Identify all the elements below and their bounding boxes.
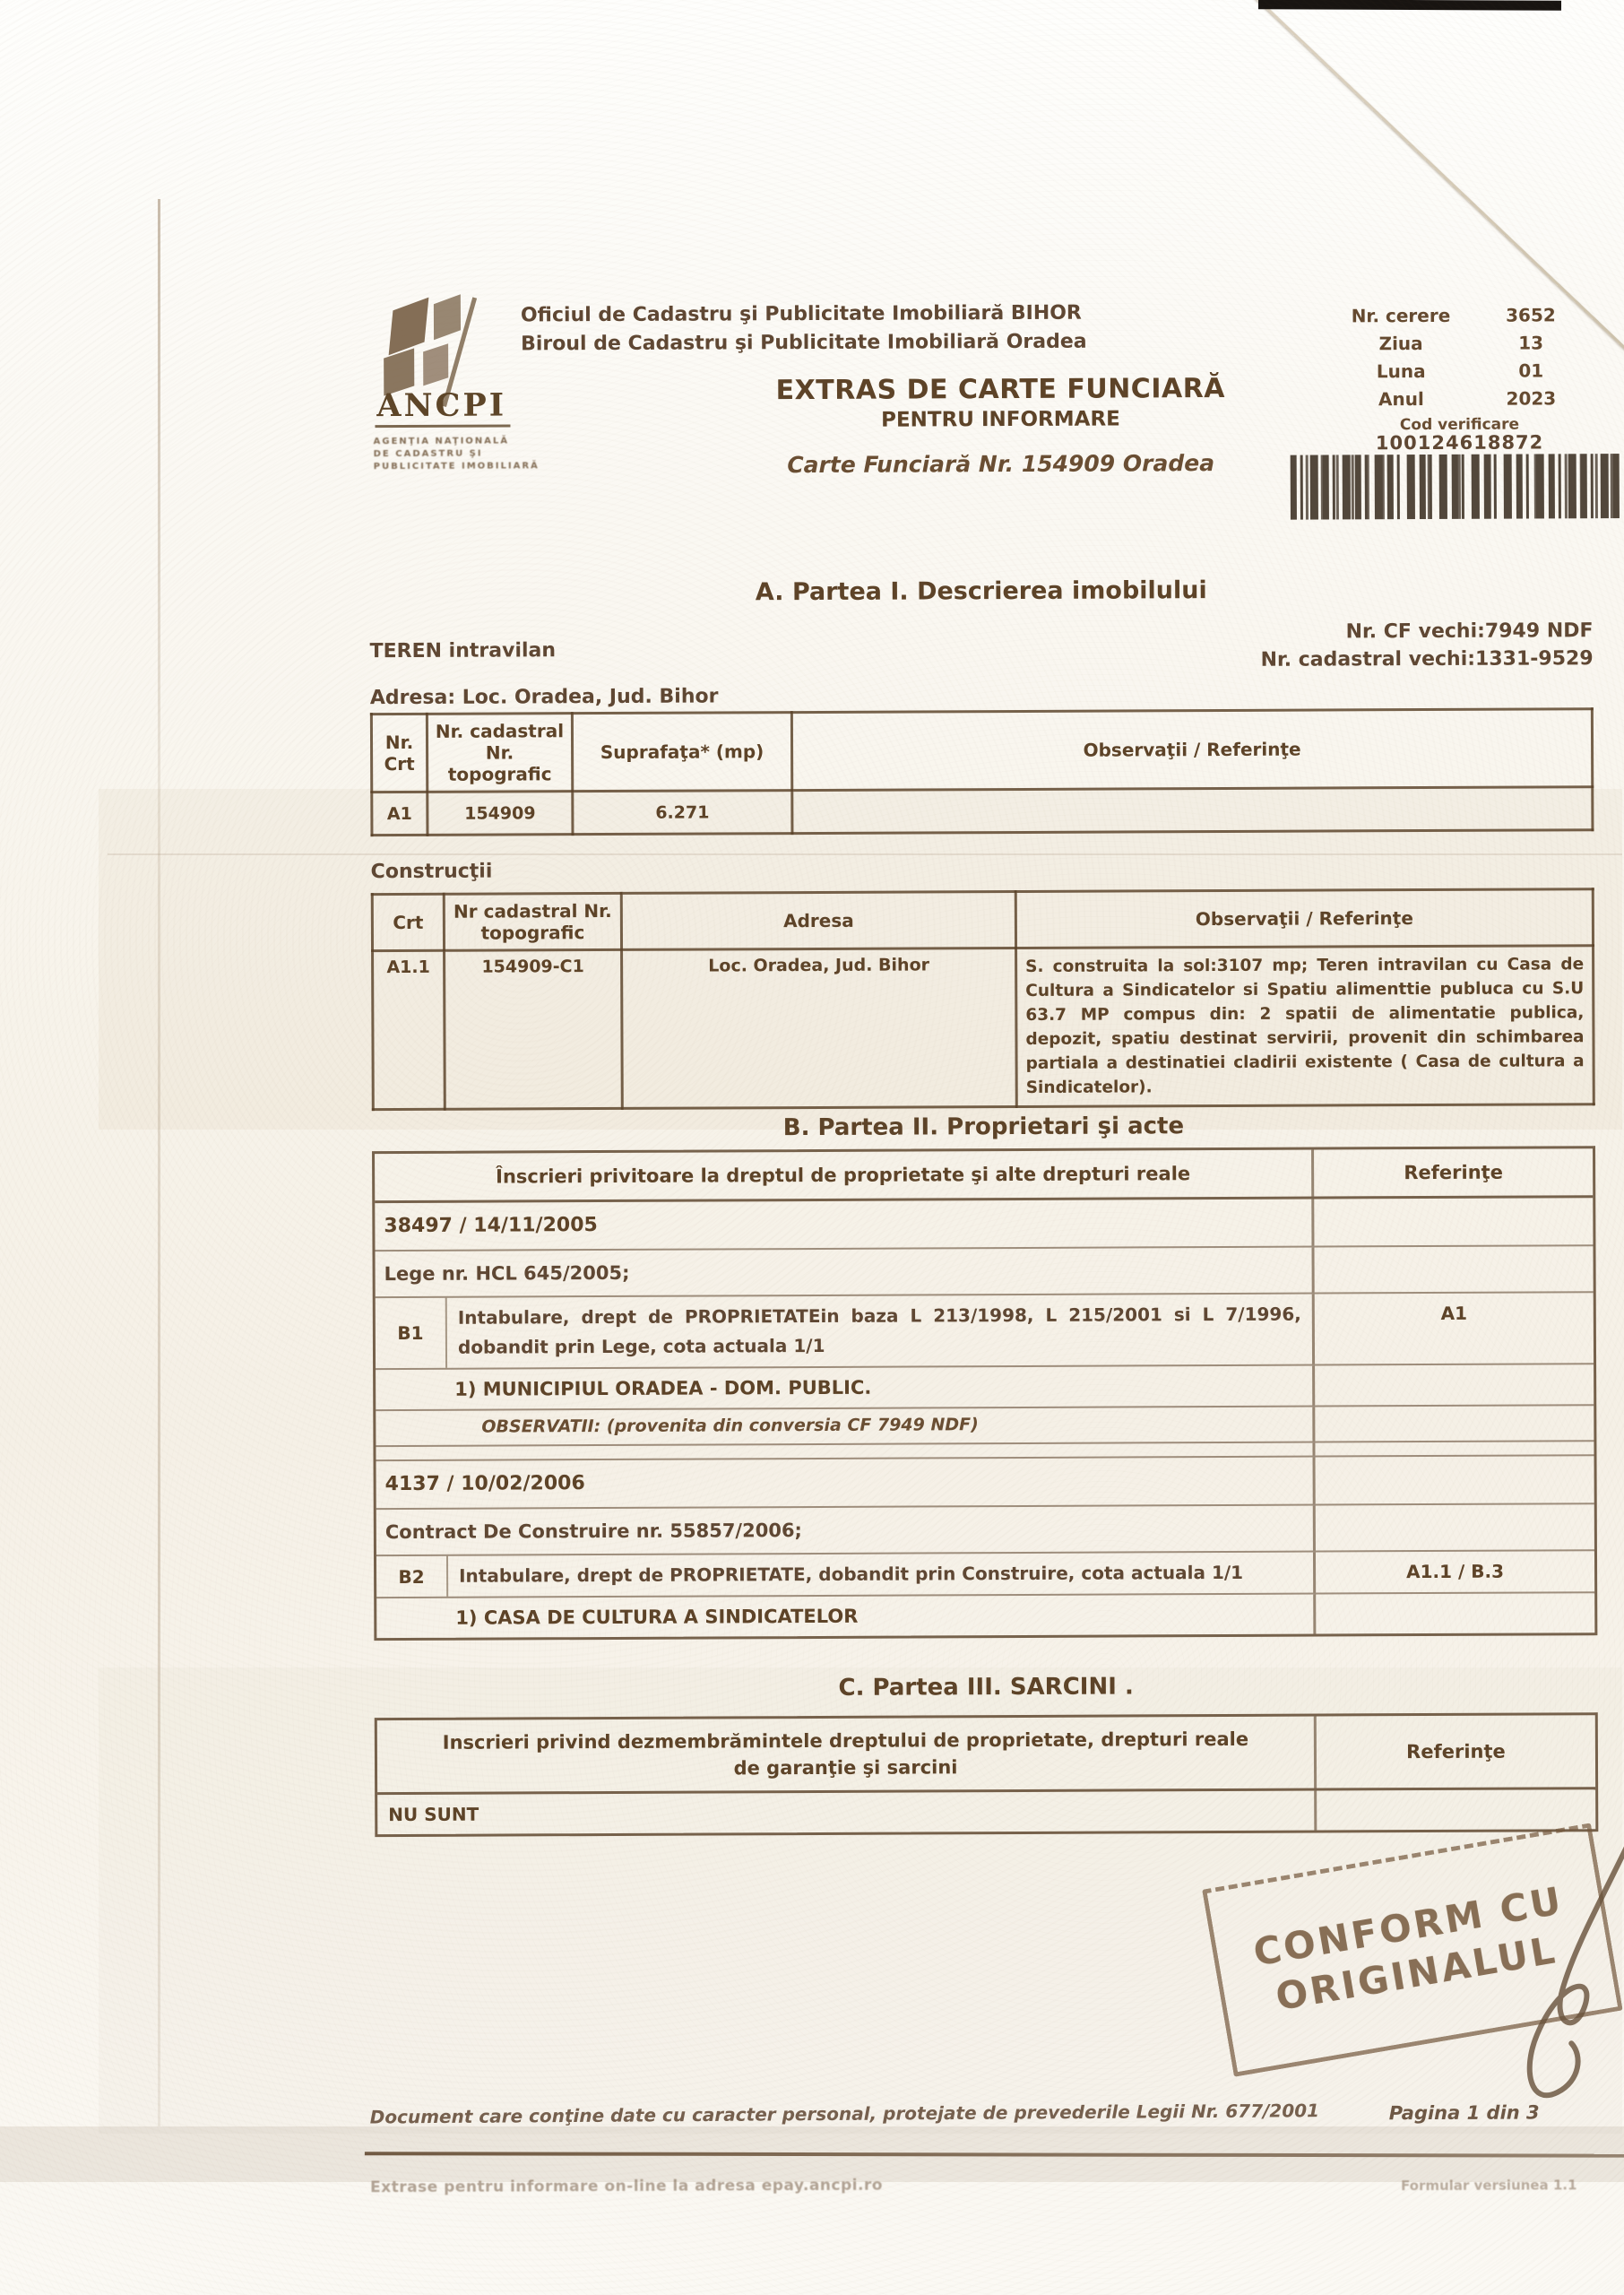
entry-number-row: 4137 / 10/02/2006	[376, 1456, 1594, 1510]
entry-number: 38497 / 14/11/2005	[375, 1199, 1314, 1251]
entry-text: Intabulare, drept de PROPRIETATE, doband…	[446, 1553, 1313, 1597]
document-title: EXTRAS DE CARTE FUNCIARĂ	[642, 372, 1359, 406]
logo-subtext-line: PUBLICITATE IMOBILIARĂ	[374, 460, 553, 473]
col-header-adresa: Adresa	[621, 892, 1015, 950]
constructii-label: Construcţii	[371, 861, 493, 884]
entry-act-row: Contract De Construire nr. 55857/2006;	[376, 1504, 1594, 1556]
sarcini-header-row: Inscrieri privind dezmembrămintele drept…	[377, 1715, 1595, 1795]
empty-ref-cell	[1315, 1364, 1594, 1405]
logo-subtext-line: DE CADASTRU ŞI	[374, 447, 553, 461]
cell-crt: A1.1	[373, 950, 445, 1109]
old-cf-block: Nr. CF vechi:7949 NDF Nr. cadastral vech…	[894, 617, 1593, 675]
scanned-document-page: ANCPI AGENŢIA NAŢIONALĂ DE CADASTRU ŞI P…	[0, 0, 1624, 2295]
constructii-header-row: Crt Nr cadastral Nr. topografic Adresa O…	[372, 889, 1593, 951]
office-line1: Oficiul de Cadastru şi Publicitate Imobi…	[521, 299, 1087, 331]
logo-subtext: AGENŢIA NAŢIONALĂ DE CADASTRU ŞI PUBLICI…	[374, 435, 553, 473]
entry-act: Contract De Construire nr. 55857/2006;	[376, 1506, 1316, 1555]
document-subtitle: PENTRU INFORMARE	[642, 406, 1359, 432]
sarcini-value-row: NU SUNT	[377, 1789, 1595, 1834]
empty-ref-cell	[1314, 1246, 1593, 1292]
col-header-nr-crt: Nr. Crt	[371, 714, 427, 792]
cell-observatii	[792, 787, 1593, 834]
request-value: 01	[1477, 357, 1585, 385]
table-row: A1.1 154909-C1 Loc. Oradea, Jud. Bihor S…	[373, 946, 1594, 1110]
constructii-table: Crt Nr cadastral Nr. topografic Adresa O…	[371, 888, 1595, 1111]
request-label: Anul	[1325, 385, 1477, 414]
empty-ref-cell	[1316, 1593, 1594, 1633]
entry-position: B2	[376, 1556, 446, 1597]
old-cf-number: Nr. CF vechi:7949 NDF	[894, 617, 1593, 647]
logo-diamond	[389, 298, 429, 356]
old-cadastral-number: Nr. cadastral vechi:1331-9529	[894, 645, 1594, 675]
land-table-header-row: Nr. Crt Nr. cadastral Nr. topografic Sup…	[371, 709, 1592, 792]
entry-owner-row: 1) CASA DE CULTURA A SINDICATELOR	[376, 1593, 1594, 1638]
request-info-box: Nr. cerere 3652 Ziua 13 Luna 01 Anul 202…	[1325, 301, 1594, 519]
logo-subtext-line: AGENŢIA NAŢIONALĂ	[374, 435, 553, 448]
privacy-notice: Document care conţine date cu caracter p…	[370, 2100, 1320, 2127]
request-row: Luna 01	[1325, 357, 1594, 385]
col-header-suprafata: Suprafaţa* (mp)	[572, 713, 791, 792]
cell-suprafata: 6.271	[573, 791, 792, 835]
request-row: Ziua 13	[1325, 329, 1594, 358]
request-label: Ziua	[1325, 330, 1477, 359]
request-value: 3652	[1477, 301, 1585, 330]
scanner-edge-artifact	[1258, 0, 1561, 11]
property-address: Adresa: Loc. Oradea, Jud. Bihor	[370, 685, 719, 709]
logo-diamond	[423, 343, 448, 385]
owners-table: Înscrieri privitoare la dreptul de propr…	[372, 1146, 1597, 1641]
owners-header-row: Înscrieri privitoare la dreptul de propr…	[375, 1148, 1593, 1203]
request-row: Anul 2023	[1325, 385, 1594, 413]
col-header-cadastral: Nr. cadastral Nr. topografic	[427, 714, 572, 792]
online-extract-note: Extrase pentru informare on-line la adre…	[370, 2177, 883, 2196]
verification-code-value: 100124618872	[1326, 431, 1594, 454]
table-row: A1 154909 6.271	[372, 787, 1593, 836]
logo-diamond	[434, 294, 461, 340]
issuing-office: Oficiul de Cadastru şi Publicitate Imobi…	[521, 299, 1087, 359]
col-header-observatii: Observaţii / Referinţe	[1015, 889, 1593, 948]
part-a-title: A. Partea I. Descrierea imobilului	[369, 575, 1593, 608]
empty-ref-cell	[1316, 1504, 1594, 1550]
entry-observations-row: OBSERVATII: (provenita din conversia CF …	[376, 1406, 1594, 1447]
cell-cadastral: 154909	[428, 792, 573, 836]
entry-inscription-row: B1 Intabulare, drept de PROPRIETATEin ba…	[376, 1293, 1594, 1370]
sarcini-value: NU SUNT	[377, 1791, 1317, 1835]
col-header-referinte: Referinţe	[1314, 1148, 1593, 1196]
footer-divider	[365, 2152, 1624, 2157]
sarcini-table: Inscrieri privind dezmembrămintele drept…	[375, 1712, 1599, 1837]
col-header-inscrieri: Înscrieri privitoare la dreptul de propr…	[375, 1150, 1314, 1201]
request-row: Nr. cerere 3652	[1325, 301, 1594, 330]
entry-act-row: Lege nr. HCL 645/2005;	[376, 1246, 1594, 1298]
form-version: Formular versiunea 1.1	[1401, 2177, 1576, 2194]
land-type: TEREN intravilan	[370, 639, 557, 663]
request-value: 2023	[1477, 385, 1585, 413]
cell-observatii: S. construita la sol:3107 mp; Teren intr…	[1016, 946, 1594, 1107]
col-header-observatii: Observaţii / Referinţe	[791, 709, 1592, 791]
entry-inscription-row: B2 Intabulare, drept de PROPRIETATE, dob…	[376, 1551, 1594, 1598]
part-c-title: C. Partea III. SARCINI .	[375, 1671, 1598, 1703]
entry-owner: 1) CASA DE CULTURA A SINDICATELOR	[376, 1595, 1316, 1639]
entry-reference: A1.1 / B.3	[1316, 1551, 1594, 1592]
document-title-block: EXTRAS DE CARTE FUNCIARĂ PENTRU INFORMAR…	[642, 372, 1359, 478]
inscription-cell: B1 Intabulare, drept de PROPRIETATEin ba…	[376, 1295, 1315, 1369]
request-label: Luna	[1325, 358, 1477, 386]
land-table: Nr. Crt Nr. cadastral Nr. topografic Sup…	[370, 707, 1594, 836]
inscription-cell: B2 Intabulare, drept de PROPRIETATE, dob…	[376, 1553, 1316, 1598]
entry-act: Lege nr. HCL 645/2005;	[376, 1248, 1315, 1297]
entry-owner: 1) MUNICIPIUL ORADEA - DOM. PUBLIC.	[376, 1366, 1315, 1410]
cell-nr-crt: A1	[372, 792, 428, 835]
empty-ref-cell	[1315, 1406, 1594, 1441]
logo-wordmark: ANCPI	[375, 386, 510, 428]
col-header-crt: Crt	[372, 894, 444, 950]
entry-owner-row: 1) MUNICIPIUL ORADEA - DOM. PUBLIC.	[376, 1364, 1594, 1411]
entry-position: B1	[376, 1298, 445, 1368]
entry-text: Intabulare, drept de PROPRIETATEin baza …	[445, 1295, 1312, 1368]
page-number: Pagina 1 din 3	[1389, 2101, 1540, 2124]
carte-funciara-number: Carte Funciară Nr. 154909 Oradea	[643, 449, 1360, 478]
office-line2: Biroul de Cadastru şi Publicitate Imobil…	[521, 328, 1087, 359]
col-header-dezmembraminte: Inscrieri privind dezmembrămintele drept…	[377, 1717, 1317, 1793]
request-label: Nr. cerere	[1325, 302, 1477, 331]
empty-ref-cell	[1315, 1442, 1594, 1455]
cell-cadastral: 154909-C1	[445, 949, 623, 1109]
request-value: 13	[1477, 329, 1585, 358]
col-header-cadastral: Nr cadastral Nr. topografic	[444, 893, 621, 950]
entry-number: 4137 / 10/02/2006	[376, 1458, 1316, 1509]
empty-ref-cell	[1316, 1456, 1594, 1503]
barcode	[1291, 454, 1620, 520]
entry-observations: OBSERVATII: (provenita din conversia CF …	[376, 1407, 1315, 1446]
cell-adresa: Loc. Oradea, Jud. Bihor	[622, 948, 1017, 1109]
entry-reference: A1	[1315, 1293, 1594, 1364]
empty-ref-cell	[1314, 1198, 1593, 1245]
part-b-title: B. Partea II. Proprietari şi acte	[372, 1111, 1595, 1143]
entry-number-row: 38497 / 14/11/2005	[375, 1198, 1593, 1251]
